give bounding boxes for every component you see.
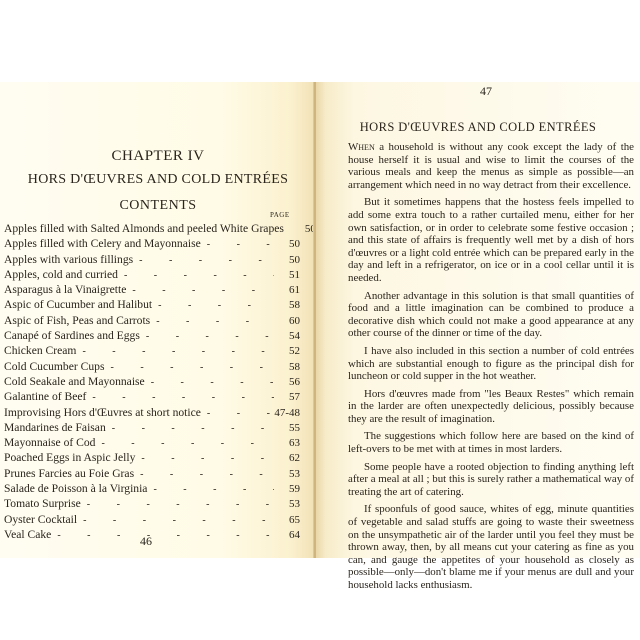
toc-entry-page: 56 <box>274 376 300 388</box>
toc-entry-page: 47-48 <box>274 407 300 419</box>
toc-entry-page: 54 <box>274 330 300 342</box>
toc-entry-title: Galantine of Beef <box>4 390 86 403</box>
body-paragraph: Some people have a rooted objection to f… <box>348 461 634 499</box>
toc-entry-title: Cold Seakale and Mayonnaise <box>4 375 145 388</box>
toc-entry: Asparagus à la Vinaigrette- - - - - - - … <box>4 283 300 298</box>
toc-entry-page: 50 <box>274 254 300 266</box>
toc-entry-page: 57 <box>274 391 300 403</box>
toc-entry-title: Asparagus à la Vinaigrette <box>4 283 126 296</box>
page-column-heading: PAGE <box>270 211 290 219</box>
toc-entry-page: 53 <box>274 468 300 480</box>
body-paragraph: Hors d'œuvres made from "les Beaux Reste… <box>348 388 634 426</box>
toc-entry: Veal Cake- - - - - - - - - - - - - - -64 <box>4 528 300 543</box>
toc-dot-leader: - - - - - - - - - - - - - - - <box>51 530 274 541</box>
toc-dot-leader: - - - - - - - - - - - - - - - <box>152 300 274 311</box>
toc-entry-title: Aspic of Fish, Peas and Carrots <box>4 314 150 327</box>
toc-entry: Apples filled with Celery and Mayonnaise… <box>4 237 300 252</box>
toc-entry: Poached Eggs in Aspic Jelly- - - - - - -… <box>4 451 300 466</box>
toc-dot-leader: - - - - - - - - - - - - - - - <box>134 469 274 480</box>
body-text: When a household is without any cook exc… <box>348 141 634 597</box>
toc-dot-leader: - - - - - - - - - - - - - - - <box>106 423 274 434</box>
toc-entry-title: Oyster Cocktail <box>4 513 77 526</box>
toc-entry: Improvising Hors d'Œuvres at short notic… <box>4 406 300 421</box>
toc-dot-leader: - - - - - - - - - - - - - - - <box>81 499 274 510</box>
table-of-contents: Apples filled with Salted Almonds and pe… <box>4 222 300 543</box>
toc-entry: Aspic of Cucumber and Halibut- - - - - -… <box>4 298 300 313</box>
toc-entry: Tomato Surprise- - - - - - - - - - - - -… <box>4 497 300 512</box>
toc-entry: Chicken Cream- - - - - - - - - - - - - -… <box>4 344 300 359</box>
page-number-right: 47 <box>480 84 492 99</box>
toc-entry: Cold Cucumber Cups- - - - - - - - - - - … <box>4 360 300 375</box>
toc-entry: Salade de Poisson à la Virginia- - - - -… <box>4 482 300 497</box>
toc-entry-page: 50 <box>274 238 300 250</box>
toc-entry-page: 62 <box>274 452 300 464</box>
toc-entry-page: 53 <box>274 498 300 510</box>
body-paragraph: I have also included in this section a n… <box>348 345 634 383</box>
toc-entry-title: Apples filled with Celery and Mayonnaise <box>4 237 201 250</box>
toc-entry-page: 55 <box>274 422 300 434</box>
right-page: 47 HORS D'ŒUVRES AND COLD ENTRÉES When a… <box>316 82 640 558</box>
toc-entry: Oyster Cocktail- - - - - - - - - - - - -… <box>4 513 300 528</box>
toc-entry-title: Prunes Farcies au Foie Gras <box>4 467 134 480</box>
toc-entry-title: Improvising Hors d'Œuvres at short notic… <box>4 406 201 419</box>
left-page: CHAPTER IV HORS D'ŒUVRES AND COLD ENTRÉE… <box>0 82 316 558</box>
toc-dot-leader: - - - - - - - - - - - - - - - <box>150 316 274 327</box>
body-paragraph: When a household is without any cook exc… <box>348 141 634 191</box>
contents-heading: CONTENTS <box>0 198 316 214</box>
toc-entry-title: Poached Eggs in Aspic Jelly <box>4 451 135 464</box>
toc-entry-page: 58 <box>274 361 300 373</box>
toc-entry-page: 63 <box>274 437 300 449</box>
toc-dot-leader: - - - - - - - - - - - - - - - <box>77 515 274 526</box>
toc-dot-leader: - - - - - - - - - - - - - - - <box>95 438 274 449</box>
body-paragraph: If spoonfuls of good sauce, whites of eg… <box>348 503 634 591</box>
chapter-title: HORS D'ŒUVRES AND COLD ENTRÉES <box>0 172 316 188</box>
toc-entry: Aspic of Fish, Peas and Carrots- - - - -… <box>4 314 300 329</box>
toc-dot-leader: - - - - - - - - - - - - - - - <box>76 346 274 357</box>
toc-entry: Mayonnaise of Cod- - - - - - - - - - - -… <box>4 436 300 451</box>
toc-dot-leader: - - - - - - - - - - - - - - - <box>201 239 274 250</box>
toc-dot-leader: - - - - - - - - - - - - - - - <box>135 453 274 464</box>
toc-dot-leader: - - - - - - - - - - - - - - - <box>133 255 274 266</box>
toc-entry-title: Mandarines de Faisan <box>4 421 106 434</box>
toc-entry-title: Chicken Cream <box>4 344 76 357</box>
toc-dot-leader: - - - - - - - - - - - - - - - <box>147 484 274 495</box>
toc-entry-page: 65 <box>274 514 300 526</box>
toc-dot-leader: - - - - - - - - - - - - - - - <box>118 270 274 281</box>
toc-entry-title: Apples with various fillings <box>4 253 133 266</box>
toc-entry-page: 51 <box>274 269 300 281</box>
book-spread: CHAPTER IV HORS D'ŒUVRES AND COLD ENTRÉE… <box>0 82 640 558</box>
toc-entry-page: 52 <box>274 345 300 357</box>
toc-entry-title: Veal Cake <box>4 528 51 541</box>
toc-entry: Apples, cold and curried- - - - - - - - … <box>4 268 300 283</box>
toc-entry: Mandarines de Faisan- - - - - - - - - - … <box>4 421 300 436</box>
toc-entry: Galantine of Beef- - - - - - - - - - - -… <box>4 390 300 405</box>
body-paragraph: But it sometimes happens that the hostes… <box>348 196 634 284</box>
toc-entry-page: 64 <box>274 529 300 541</box>
toc-entry-title: Mayonnaise of Cod <box>4 436 95 449</box>
toc-entry-title: Cold Cucumber Cups <box>4 360 104 373</box>
toc-entry-page: 58 <box>274 299 300 311</box>
toc-entry: Apples with various fillings- - - - - - … <box>4 253 300 268</box>
toc-entry-title: Apples, cold and curried <box>4 268 118 281</box>
toc-entry-page: 61 <box>274 284 300 296</box>
toc-entry-title: Canapé of Sardines and Eggs <box>4 329 140 342</box>
toc-entry-title: Aspic of Cucumber and Halibut <box>4 298 152 311</box>
toc-entry-title: Tomato Surprise <box>4 497 81 510</box>
page-number-left: 46 <box>140 534 152 549</box>
toc-dot-leader: - - - - - - - - - - - - - - - <box>201 408 274 419</box>
toc-entry: Apples filled with Salted Almonds and pe… <box>4 222 300 237</box>
toc-dot-leader: - - - - - - - - - - - - - - - <box>126 285 274 296</box>
toc-entry: Prunes Farcies au Foie Gras- - - - - - -… <box>4 467 300 482</box>
body-paragraph: Another advantage in this solution is th… <box>348 290 634 340</box>
opening-word: When <box>348 141 375 153</box>
toc-entry-title: Apples filled with Salted Almonds and pe… <box>4 222 284 235</box>
toc-entry-page: 60 <box>274 315 300 327</box>
body-paragraph: The suggestions which follow here are ba… <box>348 430 634 455</box>
toc-entry-page: 59 <box>274 483 300 495</box>
toc-entry: Cold Seakale and Mayonnaise- - - - - - -… <box>4 375 300 390</box>
toc-dot-leader: - - - - - - - - - - - - - - - <box>86 392 274 403</box>
toc-entry: Canapé of Sardines and Eggs- - - - - - -… <box>4 329 300 344</box>
toc-dot-leader: - - - - - - - - - - - - - - - <box>140 331 274 342</box>
chapter-number: CHAPTER IV <box>0 148 316 165</box>
toc-entry-title: Salade de Poisson à la Virginia <box>4 482 147 495</box>
toc-dot-leader: - - - - - - - - - - - - - - - <box>145 377 274 388</box>
running-head: HORS D'ŒUVRES AND COLD ENTRÉES <box>316 120 640 135</box>
toc-dot-leader: - - - - - - - - - - - - - - - <box>104 362 274 373</box>
